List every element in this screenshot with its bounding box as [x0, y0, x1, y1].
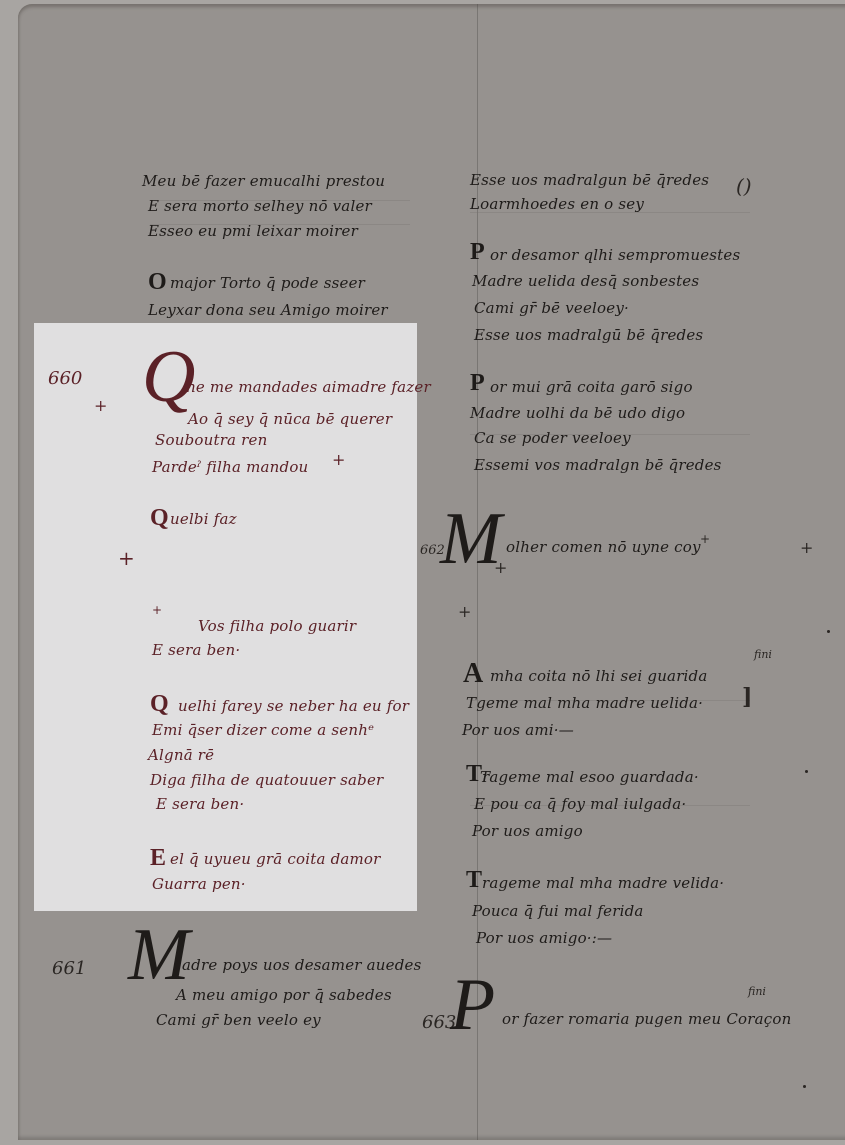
text-line: rageme mal esoo guardada·: [482, 768, 699, 786]
text-line: adre poys uos desamer auedes: [182, 956, 422, 974]
text-line: E sera morto selhey nō valer: [148, 197, 372, 215]
text-line: Pardeˀ filha mandou: [152, 458, 308, 476]
text-line: Por uos ami·—: [462, 721, 574, 739]
ink-speck: [805, 770, 808, 773]
text-line: Madre uelida desq̄ sonbestes: [472, 272, 699, 290]
cross-mark: +: [700, 533, 710, 545]
text-line: Pouca q̄ fui mal ferida: [472, 902, 644, 920]
cross-mark: +: [332, 452, 345, 468]
text-line: Vos filha polo guarir: [198, 617, 356, 635]
text-line: or mui grā coita garō sigo: [490, 378, 693, 396]
poem-number: 660: [48, 368, 82, 389]
text-line: ne me mandades aimadre fazer: [186, 378, 431, 396]
text-line: Por uos amigo·:—: [476, 929, 612, 947]
text-line: Cami gr̄ ben veelo ey: [156, 1011, 321, 1029]
initial-capital: Q: [150, 692, 169, 716]
cross-mark: +: [94, 398, 107, 414]
text-line: E sera ben·: [152, 641, 240, 659]
text-line: A meu amigo por q̄ sabedes: [176, 986, 392, 1004]
text-line: Algnā rē: [148, 746, 214, 764]
text-line: uelhi farey se neber ha eu for: [178, 697, 409, 715]
margin-parenthesis: (): [736, 174, 752, 198]
text-line: Por uos amigo: [472, 822, 583, 840]
text-line: Guarra pen·: [152, 875, 246, 893]
initial-capital: A: [463, 660, 483, 688]
initial-capital: P: [470, 371, 485, 395]
initial-capital: Q: [150, 506, 169, 530]
decorated-initial: M: [128, 918, 190, 992]
text-line: Cami gr̄ bē veeloey·: [474, 299, 629, 317]
text-line: Esse uos madralgū bē q̄redes: [474, 326, 703, 344]
text-line: Esseo eu pmi leixar moirer: [148, 222, 358, 240]
initial-capital: O: [148, 270, 167, 294]
fini-note: fini: [748, 985, 766, 998]
decorated-initial: P: [450, 968, 495, 1042]
text-line: uelbi faz: [170, 510, 237, 528]
text-line: or fazer romaria pugen meu Coraçon: [502, 1010, 791, 1028]
text-line: Essemi vos madralgn bē q̄redes: [474, 456, 722, 474]
cross-mark: +: [494, 560, 507, 576]
text-line: Ao q̄ sey q̄ nūca bē querer: [188, 410, 392, 428]
text-line: or desamor qlhi sempromuestes: [490, 246, 740, 264]
text-line: Leyxar dona seu Amigo moirer: [148, 301, 388, 319]
text-line: Ca se poder veeloey: [474, 429, 631, 447]
initial-capital: T: [466, 868, 482, 892]
decorated-initial: Q: [142, 340, 195, 414]
ink-speck: [827, 630, 830, 633]
text-line: mha coita nō lhi sei guarida: [490, 667, 708, 685]
text-line: Madre uolhi da bē udo digo: [470, 404, 685, 422]
cross-mark: +: [458, 604, 471, 620]
decorated-initial: M: [440, 502, 502, 576]
text-line: E sera ben·: [156, 795, 244, 813]
text-line: Tgeme mal mha madre uelida·: [466, 694, 703, 712]
initial-capital: P: [470, 240, 485, 264]
poem-number: 661: [52, 958, 86, 979]
cross-mark: +: [152, 604, 162, 616]
text-line: Emi q̄ser dizer come a senhᵉ: [152, 721, 374, 739]
text-line: Loarmhoedes en o sey: [470, 195, 644, 213]
cross-mark: +: [800, 540, 813, 556]
text-line: rageme mal mha madre velida·: [482, 874, 724, 892]
text-line: olher comen nō uyne coy: [506, 538, 701, 556]
text-line: Diga filha de quatouuer saber: [150, 771, 383, 789]
initial-capital: E: [150, 846, 166, 870]
text-line: major Torto q̄ pode sseer: [170, 274, 365, 292]
text-line: el q̄ uyueu grā coita damor: [170, 850, 381, 868]
text-line: Esse uos madralgun bē q̄redes: [470, 171, 709, 189]
fini-note: fini: [754, 648, 772, 661]
cross-mark: +: [118, 548, 135, 568]
text-line: Meu bē fazer emucalhi prestou: [142, 172, 385, 190]
ink-speck: [803, 1085, 806, 1088]
margin-bracket: ]: [742, 684, 752, 710]
text-line: E pou ca q̄ foy mal iulgada·: [474, 795, 686, 813]
text-line: Souboutra ren: [155, 431, 267, 449]
